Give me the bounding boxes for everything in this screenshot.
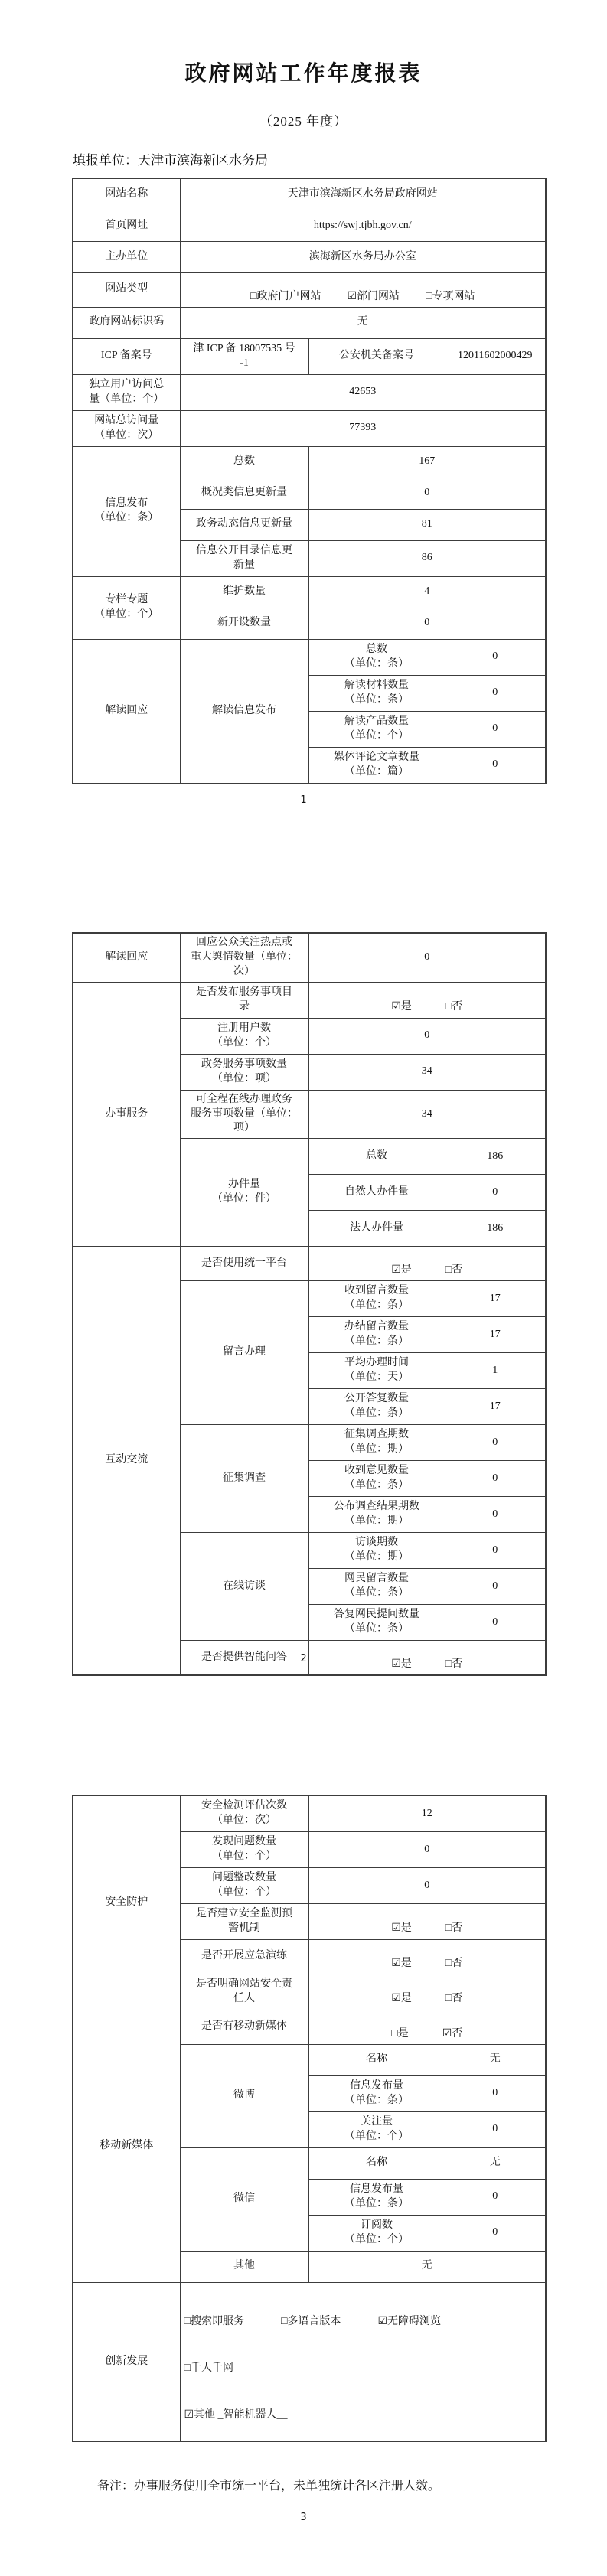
metric-value: 0 xyxy=(445,711,546,747)
weibo-group-label: 微博 xyxy=(180,2044,308,2147)
checkbox-no: □否 xyxy=(445,1992,462,2007)
interpret-release-label: 解读信息发布 xyxy=(180,639,308,784)
filler-unit: 填报单位：天津市滨海新区水务局 xyxy=(73,149,607,168)
icp-label: ICP 备案号 xyxy=(73,338,180,374)
metric-label: 新开设数量 xyxy=(180,608,308,639)
metric-label: 总数 xyxy=(180,446,308,478)
metric-value: 0 xyxy=(308,1018,546,1054)
service-catalog-options: ☑是□否 xyxy=(308,982,546,1018)
metric-value: 17 xyxy=(445,1281,546,1317)
surveys-group-label: 征集调查 xyxy=(180,1425,308,1533)
page-number: 2 xyxy=(0,1653,607,1665)
checkbox-no: □否 xyxy=(445,1957,462,1971)
metric-label: 是否明确网站安全责 任人 xyxy=(180,1974,308,2010)
checkbox-no: □否 xyxy=(445,1264,462,1278)
innovation-line-2: □千人千网 xyxy=(184,2347,542,2376)
innovation-line-1: □搜索即服务□多语言版本☑无障碍浏览 xyxy=(184,2300,542,2330)
checkbox-yes: □是 xyxy=(391,2027,408,2042)
checkbox-personalized-web: □千人千网 xyxy=(184,2362,233,2376)
metric-label: 关注量 （单位：个） xyxy=(308,2111,445,2147)
metric-label: 网民留言数量 （单位：条） xyxy=(308,1569,445,1605)
metric-value: 0 xyxy=(445,2215,546,2251)
interaction-group-label: 互动交流 xyxy=(73,1247,180,1675)
interpret-group-label: 解读回应 xyxy=(73,639,180,784)
checkbox-yes: ☑是 xyxy=(391,1264,412,1278)
metric-value: 0 xyxy=(445,639,546,675)
metric-label: 信息发布量 （单位：条） xyxy=(308,2179,445,2215)
metric-value: 12 xyxy=(308,1795,546,1832)
metric-label: 概况类信息更新量 xyxy=(180,478,308,509)
home-url-label: 首页网址 xyxy=(73,210,180,242)
checkbox-yes: ☑是 xyxy=(391,1992,412,2007)
metric-value: 0 xyxy=(445,1605,546,1641)
metric-label: 名称 xyxy=(308,2147,445,2179)
metric-value: 0 xyxy=(445,2075,546,2111)
responsible-person-options: ☑是□否 xyxy=(308,1974,546,2010)
interviews-group-label: 在线访谈 xyxy=(180,1533,308,1641)
metric-value: 186 xyxy=(445,1211,546,1247)
metric-label: 是否有移动新媒体 xyxy=(180,2010,308,2044)
police-record-value: 12011602000429 xyxy=(445,338,546,374)
metric-value: 17 xyxy=(445,1317,546,1353)
metric-label: 征集调查期数 （单位：期） xyxy=(308,1425,445,1461)
metric-value: 0 xyxy=(445,1425,546,1461)
checkbox-yes: ☑是 xyxy=(391,1922,412,1936)
metric-label: 收到留言数量 （单位：条） xyxy=(308,1281,445,1317)
innovation-group-label: 创新发展 xyxy=(73,2282,180,2441)
interpret-group-label: 解读回应 xyxy=(73,933,180,982)
metric-value: 34 xyxy=(308,1054,546,1090)
page-number: 3 xyxy=(0,2512,607,2523)
site-code-value: 无 xyxy=(180,307,546,338)
checkbox-portal-site: □政府门户网站 xyxy=(250,290,321,305)
checkbox-search-as-service: □搜索即服务 xyxy=(184,2315,244,2330)
metric-label: 公开答复数量 （单位：条） xyxy=(308,1389,445,1425)
metric-label: 回应公众关注热点或 重大舆情数量（单位： 次） xyxy=(180,933,308,982)
metric-label: 总数 （单位：条） xyxy=(308,639,445,675)
metric-label: 安全检测评估次数 （单位：次） xyxy=(180,1795,308,1832)
metric-label: 答复网民提问数量 （单位：条） xyxy=(308,1605,445,1641)
metric-label: 公布调查结果期数 （单位：期） xyxy=(308,1497,445,1533)
metric-label: 信息发布量 （单位：条） xyxy=(308,2075,445,2111)
innovation-line-3: ☑其他 _智能机器人__ xyxy=(184,2394,542,2423)
metric-label: 是否开展应急演练 xyxy=(180,1940,308,1974)
metric-label: 订阅数 （单位：个） xyxy=(308,2215,445,2251)
metric-label: 是否建立安全监测预 警机制 xyxy=(180,1904,308,1940)
page-number: 1 xyxy=(0,794,607,806)
page-2: 解读回应 回应公众关注热点或 重大舆情数量（单位： 次） 0 办事服务 是否发布… xyxy=(0,859,607,1717)
metric-value: 34 xyxy=(308,1090,546,1139)
site-type-label: 网站类型 xyxy=(73,273,180,308)
metric-value: 0 xyxy=(445,2111,546,2147)
metric-value: 167 xyxy=(308,446,546,478)
organizer-label: 主办单位 xyxy=(73,242,180,273)
metric-label: 问题整改数量 （单位：个） xyxy=(180,1868,308,1904)
total-visits-value: 77393 xyxy=(180,410,546,446)
metric-value: 无 xyxy=(445,2147,546,2179)
metric-value: 86 xyxy=(308,540,546,576)
icp-value: 津 ICP 备 18007535 号 -1 xyxy=(180,338,308,374)
checkbox-no: □否 xyxy=(445,1000,462,1015)
metric-label: 收到意见数量 （单位：条） xyxy=(308,1461,445,1497)
metric-label: 发现问题数量 （单位：个） xyxy=(180,1832,308,1868)
wechat-group-label: 微信 xyxy=(180,2147,308,2251)
page-3: 安全防护 安全检测评估次数 （单位：次） 12 发现问题数量 （单位：个） 0 … xyxy=(0,1717,607,2576)
info-release-group-label: 信息发布 （单位：条） xyxy=(73,446,180,576)
metric-value: 81 xyxy=(308,509,546,540)
police-record-label: 公安机关备案号 xyxy=(308,338,445,374)
site-code-label: 政府网站标识码 xyxy=(73,307,180,338)
metric-value: 1 xyxy=(445,1353,546,1389)
checkbox-no: □否 xyxy=(445,1922,462,1936)
metric-value: 0 xyxy=(445,675,546,711)
handled-group-label: 办件量 （单位：件） xyxy=(180,1139,308,1247)
metric-value: 4 xyxy=(308,576,546,608)
doc-title: 政府网站工作年度报表 xyxy=(0,57,607,87)
checkbox-accessibility: ☑无障碍浏览 xyxy=(377,2315,441,2330)
unified-platform-options: ☑是□否 xyxy=(308,1247,546,1281)
drill-options: ☑是□否 xyxy=(308,1940,546,1974)
unique-visitors-value: 42653 xyxy=(180,374,546,410)
metric-value: 0 xyxy=(308,1832,546,1868)
site-type-options: □政府门户网站☑部门网站□专项网站 xyxy=(180,273,546,308)
metric-value: 无 xyxy=(445,2044,546,2075)
metric-label: 维护数量 xyxy=(180,576,308,608)
metric-label: 办结留言数量 （单位：条） xyxy=(308,1317,445,1353)
total-visits-label: 网站总访问量 （单位：次） xyxy=(73,410,180,446)
metric-label: 法人办件量 xyxy=(308,1211,445,1247)
metric-value: 0 xyxy=(445,747,546,784)
metric-label: 解读产品数量 （单位：个） xyxy=(308,711,445,747)
metric-label: 政务动态信息更新量 xyxy=(180,509,308,540)
metric-value: 0 xyxy=(445,1569,546,1605)
checkbox-other-smart-robot: ☑其他 _智能机器人__ xyxy=(184,2408,288,2423)
checkbox-yes: ☑是 xyxy=(391,1957,412,1971)
metric-value: 17 xyxy=(445,1389,546,1425)
checkbox-department-site: ☑部门网站 xyxy=(347,290,400,305)
metric-label: 是否发布服务事项目 录 xyxy=(180,982,308,1018)
metric-value: 0 xyxy=(308,478,546,509)
page-1: 政府网站工作年度报表 （2025 年度） 填报单位：天津市滨海新区水务局 网站名… xyxy=(0,0,607,859)
metric-label: 是否使用统一平台 xyxy=(180,1247,308,1281)
site-name-label: 网站名称 xyxy=(73,178,180,210)
mobile-group-label: 移动新媒体 xyxy=(73,2010,180,2282)
metric-label: 总数 xyxy=(308,1139,445,1175)
metric-value: 0 xyxy=(308,1868,546,1904)
innovation-options: □搜索即服务□多语言版本☑无障碍浏览 □千人千网 ☑其他 _智能机器人__ xyxy=(180,2282,546,2441)
annual-report-table-1: 网站名称 天津市滨海新区水务局政府网站 首页网址 https://swj.tjb… xyxy=(72,178,547,784)
metric-value: 0 xyxy=(308,933,546,982)
metric-value: 0 xyxy=(445,2179,546,2215)
metric-value: 186 xyxy=(445,1139,546,1175)
metric-label: 媒体评论文章数量 （单位：篇） xyxy=(308,747,445,784)
checkbox-yes: ☑是 xyxy=(391,1000,412,1015)
metric-value: 0 xyxy=(445,1497,546,1533)
metric-value: 无 xyxy=(308,2251,546,2282)
metric-value: 0 xyxy=(445,1175,546,1211)
metric-label: 自然人办件量 xyxy=(308,1175,445,1211)
doc-subtitle: （2025 年度） xyxy=(0,110,607,129)
metric-label: 其他 xyxy=(180,2251,308,2282)
organizer-value: 滨海新区水务局办公室 xyxy=(180,242,546,273)
note: 备注：办事服务使用全市统一平台，未单独统计各区注册人数。 xyxy=(97,2476,607,2493)
metric-label: 解读材料数量 （单位：条） xyxy=(308,675,445,711)
metric-value: 0 xyxy=(308,608,546,639)
has-mobile-options: □是☑否 xyxy=(308,2010,546,2044)
site-name-value: 天津市滨海新区水务局政府网站 xyxy=(180,178,546,210)
annual-report-table-3: 安全防护 安全检测评估次数 （单位：次） 12 发现问题数量 （单位：个） 0 … xyxy=(72,1795,547,2442)
metric-label: 名称 xyxy=(308,2044,445,2075)
unique-visitors-label: 独立用户访问总 量（单位：个） xyxy=(73,374,180,410)
metric-label: 平均办理时间 （单位：天） xyxy=(308,1353,445,1389)
metric-label: 政务服务事项数量 （单位：项） xyxy=(180,1054,308,1090)
special-columns-group-label: 专栏专题 （单位：个） xyxy=(73,576,180,639)
metric-label: 可全程在线办理政务 服务事项数量（单位： 项） xyxy=(180,1090,308,1139)
home-url-value: https://swj.tjbh.gov.cn/ xyxy=(180,210,546,242)
annual-report-table-2: 解读回应 回应公众关注热点或 重大舆情数量（单位： 次） 0 办事服务 是否发布… xyxy=(72,932,547,1676)
service-group-label: 办事服务 xyxy=(73,982,180,1247)
metric-label: 信息公开目录信息更 新量 xyxy=(180,540,308,576)
metric-label: 访谈期数 （单位：期） xyxy=(308,1533,445,1569)
warning-mechanism-options: ☑是□否 xyxy=(308,1904,546,1940)
metric-label: 注册用户数 （单位：个） xyxy=(180,1018,308,1054)
checkbox-no: ☑否 xyxy=(442,2027,463,2042)
security-group-label: 安全防护 xyxy=(73,1795,180,2010)
checkbox-multilingual: □多语言版本 xyxy=(281,2315,341,2330)
checkbox-special-site: □专项网站 xyxy=(426,290,475,305)
metric-value: 0 xyxy=(445,1533,546,1569)
messages-group-label: 留言办理 xyxy=(180,1281,308,1425)
metric-value: 0 xyxy=(445,1461,546,1497)
